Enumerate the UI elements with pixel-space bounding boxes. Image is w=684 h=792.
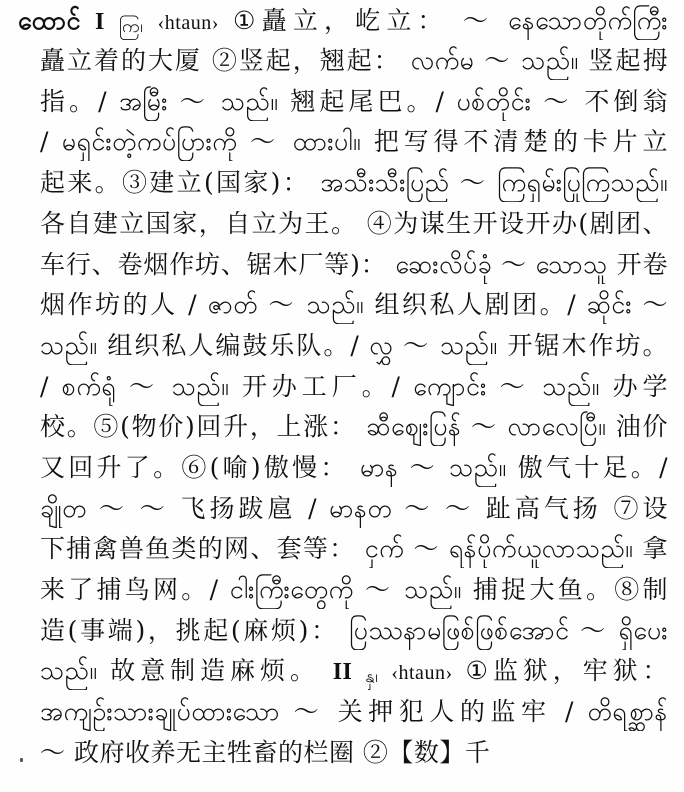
entry-line-19: ～ 政府收养无主牲畜的栏圈 ②【数】千 <box>40 734 668 772</box>
definition-text: ①监狱，牢狱： <box>466 656 669 685</box>
entry-line-3: 指。/ အမြီး ～ သည်။ 翘起尾巴。/ ပစ်တိုင်း ～ 不倒翁 <box>40 83 668 121</box>
dictionary-page: ထောင် I ကြ၊ ‹htaun› ①矗立，屹立： ～ နေသောတိုက်… <box>0 0 684 792</box>
entry-line-8: 烟作坊的人 / ဇာတ် ～ သည်။ 组织私人剧团。/ ဆိုင်း ～ <box>40 286 668 324</box>
entry-line-11: 校。⑤(物价)回升，上涨： ဆီဈေးပြန် ～ လာလေပြီ။ 油价 <box>40 408 668 446</box>
entry-line-9: သည်။ 组织私人编鼓乐队。/ လွှ ～ သည်။ 开锯木作坊。 <box>40 327 668 365</box>
entry-line-2: 矗立着的大厦 ②竖起，翘起： လက်မ ～ သည်။ 竖起拇 <box>40 42 668 80</box>
entry-line-10: / စက်ရုံ ～ သည်။ 开办工厂。/ ကျောင်း ～ သည်။ 办学 <box>40 368 668 406</box>
definition-text: ①矗立，屹立： ～ နေသောတိုက်ကြီး <box>233 6 668 35</box>
definition-text: သည်။ 故意制造麻烦。 <box>40 656 320 685</box>
entry-line-13: ချိုတ ～ ～ 飞扬跋扈 / မာနတ ～ ～ 趾高气扬 ⑦设 <box>40 490 668 528</box>
sense-group-roman-numeral: II <box>333 659 353 685</box>
sense-group-roman-numeral: I <box>95 9 105 35</box>
entry-line-7: 车行、卷烟作坊、锯木厂等)： ဆေးလိပ်ခုံ ～ သောသူ 开卷 <box>40 246 668 284</box>
entry-line-4: / မရှင်းတဲ့ကပ်ပြားကို ～ ထားပါ။ 把写得不清楚的卡片… <box>40 123 668 161</box>
transliteration: ‹htaun› <box>158 12 219 34</box>
part-of-speech-marker: ကြ၊ <box>119 16 143 37</box>
entry-line-18: အကျဉ်းသားချုပ်ထားသော ～ 关押犯人的监牢 / တိရစ္ဆာ… <box>40 693 668 731</box>
entry-line-1: ထောင် I ကြ၊ ‹htaun› ①矗立，屹立： ～ နေသောတိုက်… <box>18 2 668 40</box>
entry-line-6: 各自建立国家，自立为王。 ④为谋生开设开办(剧团、 <box>40 205 668 243</box>
entry-line-14: 下捕禽兽鱼类的网、套等： ငှက် ～ ရန်ပိုက်ယူလာသည်။ 拿 <box>40 530 668 568</box>
entry-line-15: 来了捕鸟网。/ ငါးကြီးတွေကို ～ သည်။ 捕捉大鱼。⑧制 <box>40 571 668 609</box>
part-of-speech-marker: နှ၊ <box>365 666 378 687</box>
entry-line-17: သည်။ 故意制造麻烦。 II နှ၊ ‹htaun› ①监狱，牢狱： <box>40 652 668 690</box>
transliteration: ‹htaun› <box>391 662 452 684</box>
headword: ထောင် <box>18 6 81 35</box>
scan-artifact <box>20 758 23 762</box>
entry-line-16: 造(事端)，挑起(麻烦)： ပြဿနာမဖြစ်ဖြစ်အောင် ～ ရှိပ… <box>40 612 668 650</box>
entry-line-5: 起来。③建立(国家)： အသီးသီးပြည် ～ ကြရှမ်းပြုကြသည… <box>40 164 668 202</box>
entry-line-12: 又回升了。⑥(喻)傲慢： မာန ～ သည်။ 傲气十足。/ <box>40 449 668 487</box>
